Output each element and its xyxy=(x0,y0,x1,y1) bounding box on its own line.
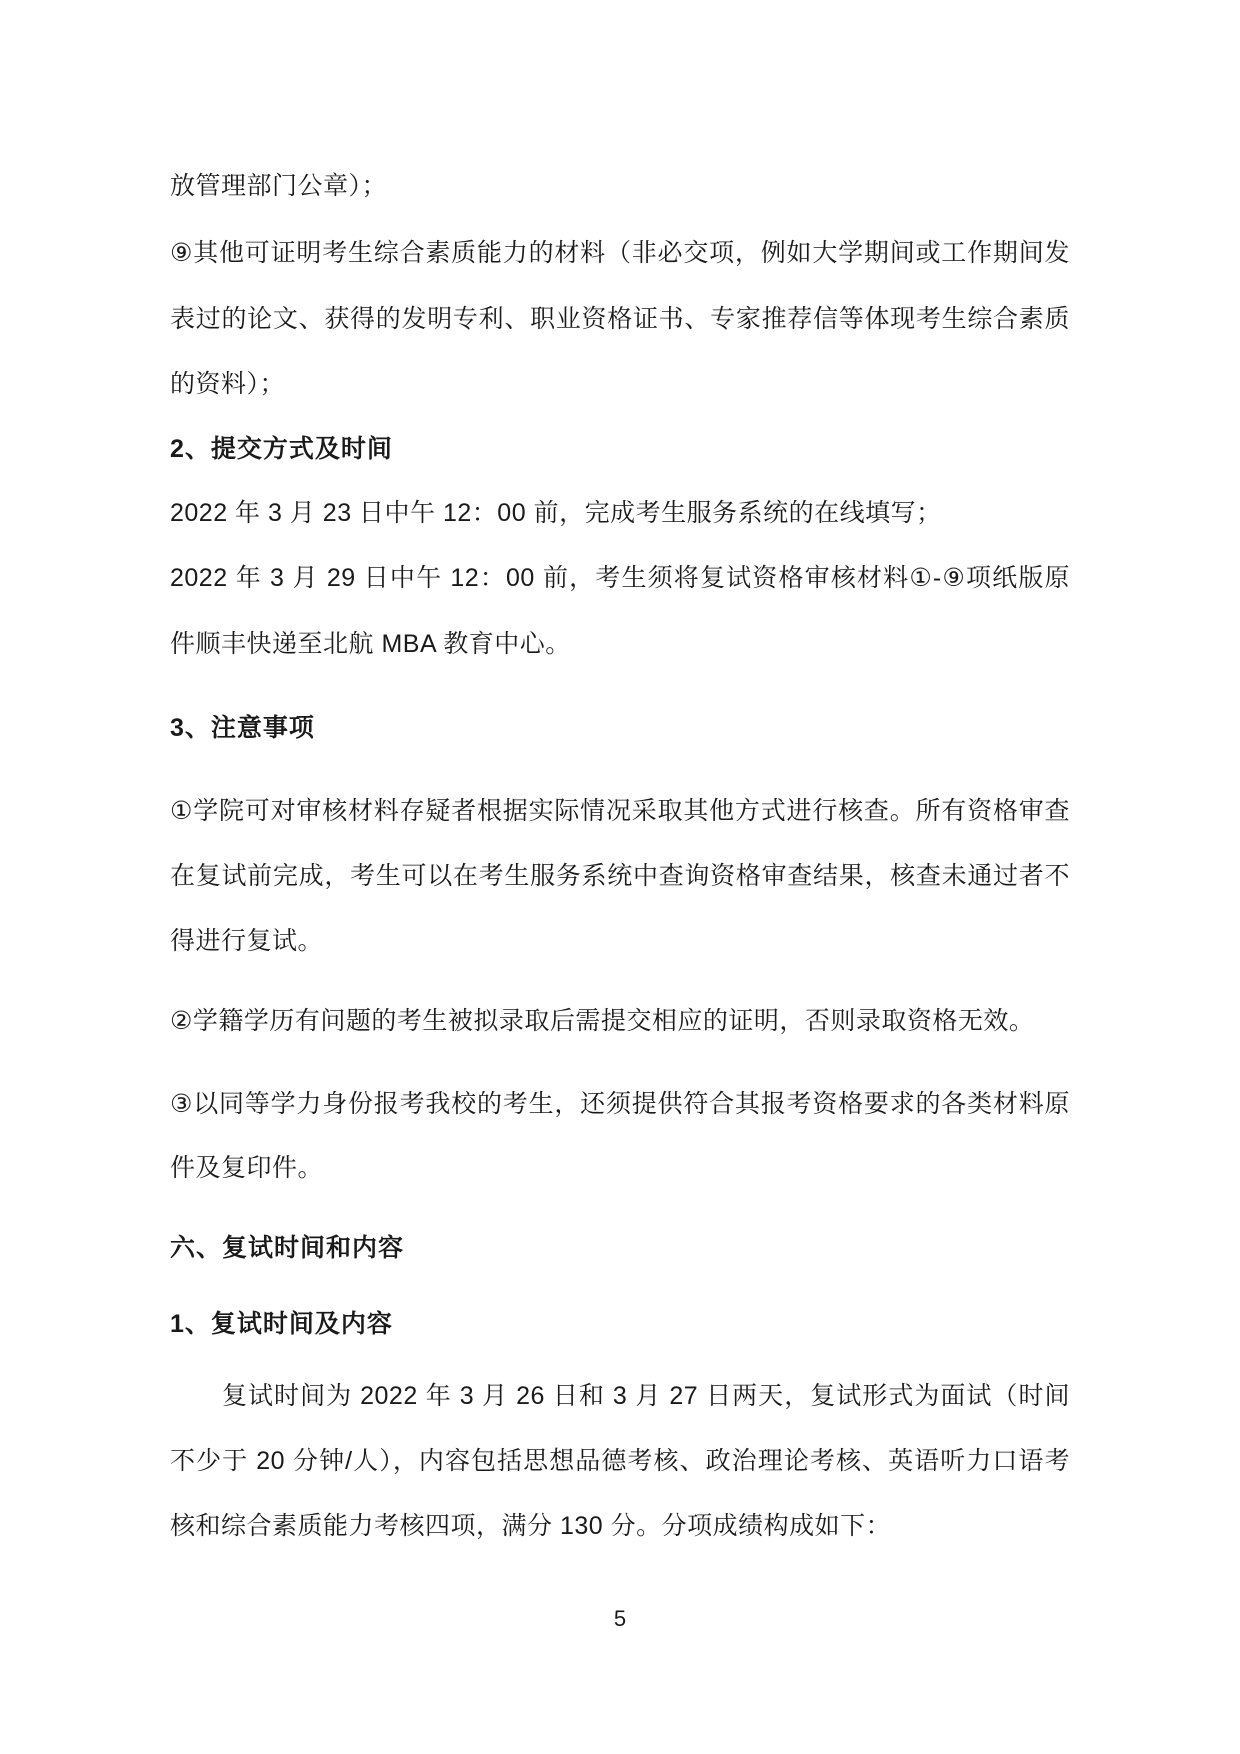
paragraph-line: ①学院可对审核材料存疑者根据实际情况采取其他方式进行核查。所有资格审查 xyxy=(170,795,1070,827)
paragraph-line: 核和综合素质能力考核四项，满分 130 分。分项成绩构成如下： xyxy=(170,1510,1070,1542)
paragraph-line: 得进行复试。 xyxy=(170,925,1070,957)
section-heading: 1、复试时间及内容 xyxy=(170,1308,1070,1340)
paragraph-line: ②学籍学历有问题的考生被拟录取后需提交相应的证明，否则录取资格无效。 xyxy=(170,1005,1070,1037)
page-number: 5 xyxy=(170,1606,1070,1632)
chapter-heading: 六、复试时间和内容 xyxy=(170,1232,1070,1264)
paragraph-line: 件及复印件。 xyxy=(170,1152,1070,1184)
section-heading: 3、注意事项 xyxy=(170,712,1070,744)
paragraph-line: 放管理部门公章）； xyxy=(170,170,1070,202)
paragraph-line: ③以同等学力身份报考我校的考生，还须提供符合其报考资格要求的各类材料原 xyxy=(170,1088,1070,1120)
paragraph-line: 件顺丰快递至北航 MBA 教育中心。 xyxy=(170,628,1070,660)
paragraph-line: 的资料）； xyxy=(170,368,1070,400)
paragraph-line: 2022 年 3 月 23 日中午 12：00 前，完成考生服务系统的在线填写； xyxy=(170,497,1070,529)
paragraph-line: ⑨其他可证明考生综合素质能力的材料（非必交项，例如大学期间或工作期间发 xyxy=(170,237,1070,269)
paragraph-line: 2022 年 3 月 29 日中午 12：00 前，考生须将复试资格审核材料①-… xyxy=(170,562,1070,594)
paragraph-line: 不少于 20 分钟/人），内容包括思想品德考核、政治理论考核、英语听力口语考 xyxy=(170,1445,1070,1477)
paragraph-line: 表过的论文、获得的发明专利、职业资格证书、专家推荐信等体现考生综合素质 xyxy=(170,303,1070,335)
paragraph-line: 复试时间为 2022 年 3 月 26 日和 3 月 27 日两天，复试形式为面… xyxy=(170,1380,1070,1412)
document-page: 放管理部门公章）； ⑨其他可证明考生综合素质能力的材料（非必交项，例如大学期间或… xyxy=(0,0,1240,1754)
section-heading: 2、提交方式及时间 xyxy=(170,433,1070,465)
paragraph-line: 在复试前完成，考生可以在考生服务系统中查询资格审查结果，核查未通过者不 xyxy=(170,860,1070,892)
